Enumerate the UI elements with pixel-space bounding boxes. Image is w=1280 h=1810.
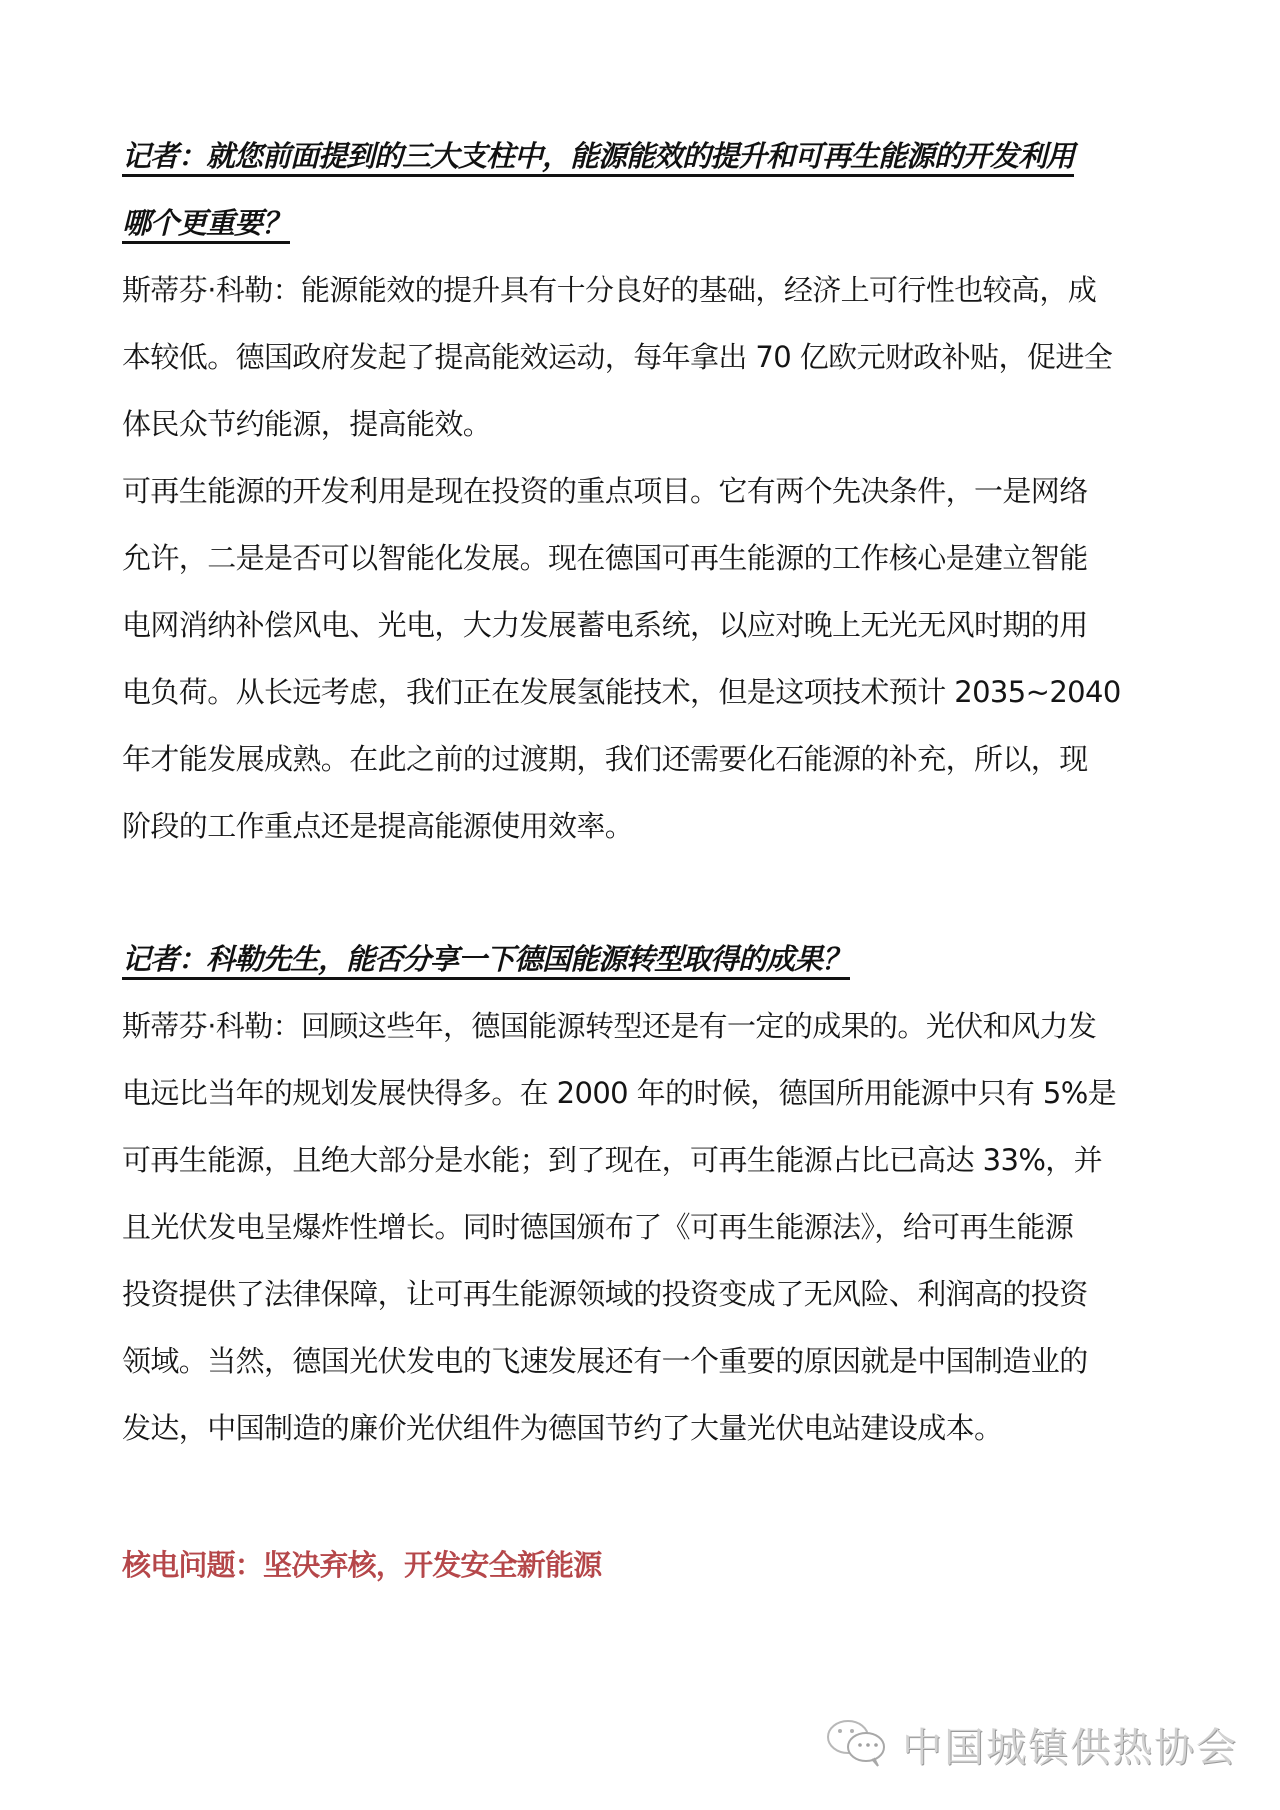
article-page: 记者：就您前面提到的三大支柱中，能源能效的提升和可再生能源的开发利用 哪个更重要… bbox=[0, 0, 1280, 1810]
wechat-icon bbox=[824, 1715, 890, 1773]
watermark-text: 中国城镇供热协会 bbox=[902, 1716, 1238, 1773]
answer-line: 电负荷。从长远考虑，我们正在发展氢能技术，但是这项技术预计 2035~2040 bbox=[122, 672, 1121, 712]
answer-line: 电网消纳补偿风电、光电，大力发展蓄电系统，以应对晚上无光无风时期的用 bbox=[122, 605, 1088, 645]
answer-line: 且光伏发电呈爆炸性增长。同时德国颁布了《可再生能源法》，给可再生能源 bbox=[122, 1207, 1073, 1247]
answer-line: 允许，二是是否可以智能化发展。现在德国可再生能源的工作核心是建立智能 bbox=[122, 538, 1088, 578]
answer-line: 体民众节约能源，提高能效。 bbox=[122, 404, 491, 444]
answer-line: 发达，中国制造的廉价光伏组件为德国节约了大量光伏电站建设成本。 bbox=[122, 1408, 1002, 1448]
answer-line: 斯蒂芬·科勒：回顾这些年，德国能源转型还是有一定的成果的。光伏和风力发 bbox=[122, 1006, 1096, 1046]
answer-line: 投资提供了法律保障，让可再生能源领域的投资变成了无风险、利润高的投资 bbox=[122, 1274, 1088, 1314]
question-text: 记者：科勒先生，能否分享一下德国能源转型取得的成果？ bbox=[122, 942, 850, 980]
question-text: 记者：就您前面提到的三大支柱中，能源能效的提升和可再生能源的开发利用 bbox=[122, 139, 1074, 177]
section-heading-nuclear: 核电问题：坚决弃核，开发安全新能源 bbox=[122, 1545, 601, 1585]
question-heading-line: 记者：科勒先生，能否分享一下德国能源转型取得的成果？ bbox=[122, 939, 850, 979]
answer-line: 可再生能源，且绝大部分是水能；到了现在，可再生能源占比已高达 33%，并 bbox=[122, 1140, 1102, 1180]
answer-line: 斯蒂芬·科勒：能源能效的提升具有十分良好的基础，经济上可行性也较高，成 bbox=[122, 270, 1096, 310]
question-text: 哪个更重要？ bbox=[122, 206, 290, 244]
answer-line: 可再生能源的开发利用是现在投资的重点项目。它有两个先决条件，一是网络 bbox=[122, 471, 1088, 511]
question-heading-line: 哪个更重要？ bbox=[122, 203, 290, 243]
watermark: 中国城镇供热协会 bbox=[824, 1717, 1238, 1771]
answer-line: 电远比当年的规划发展快得多。在 2000 年的时候，德国所用能源中只有 5%是 bbox=[122, 1073, 1116, 1113]
question-heading-line: 记者：就您前面提到的三大支柱中，能源能效的提升和可再生能源的开发利用 bbox=[122, 136, 1074, 176]
answer-line: 阶段的工作重点还是提高能源使用效率。 bbox=[122, 806, 633, 846]
answer-line: 年才能发展成熟。在此之前的过渡期，我们还需要化石能源的补充，所以，现 bbox=[122, 739, 1088, 779]
answer-line: 本较低。德国政府发起了提高能效运动，每年拿出 70 亿欧元财政补贴，促进全 bbox=[122, 337, 1112, 377]
answer-line: 领域。当然，德国光伏发电的飞速发展还有一个重要的原因就是中国制造业的 bbox=[122, 1341, 1088, 1381]
